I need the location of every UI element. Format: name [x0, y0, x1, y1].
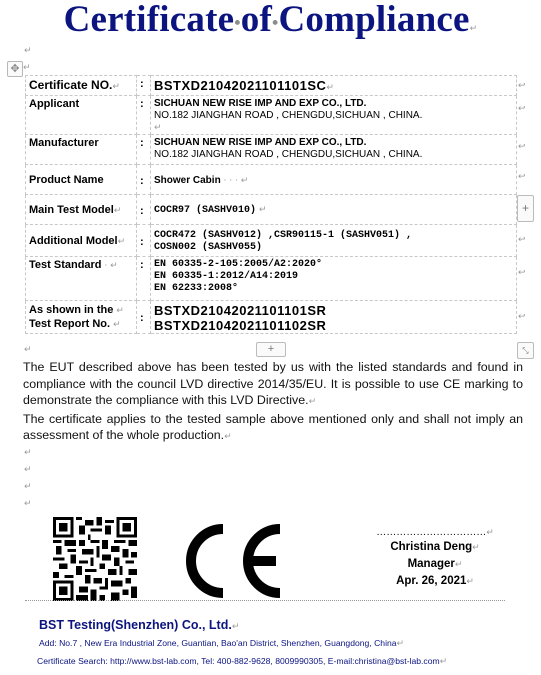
table-row: Test Standard · ↵ : EN 60335-2-105:2005/…: [26, 257, 517, 301]
table-row: As shown in the ↵Test Report No. ↵ : BST…: [26, 301, 517, 334]
compliance-statement: The EUT described above has been tested …: [23, 359, 523, 446]
signer-role: Manager↵: [355, 556, 515, 573]
table-row: Additional Model↵ : COCR472 (SASHV012) ,…: [26, 225, 517, 257]
cell-end-mark: ↩: [518, 80, 526, 91]
signature-line: ……………………………↵: [355, 527, 515, 539]
signer-name: Christina Deng↵: [355, 539, 515, 556]
label-certificate-no: Certificate NO.↵: [26, 76, 137, 96]
cell-end-mark: ↩: [518, 171, 526, 182]
add-row-button[interactable]: +: [256, 342, 286, 357]
signature-block: ……………………………↵ Christina Deng↵ Manager↵ Ap…: [355, 527, 515, 590]
label-test-standard: Test Standard · ↵: [26, 257, 137, 301]
value-applicant: SICHUAN NEW RISE IMP AND EXP CO., LTD.NO…: [151, 96, 517, 135]
label-test-report-no: As shown in the ↵Test Report No. ↵: [26, 301, 137, 334]
value-additional-model: COCR472 (SASHV012) ,CSR90115-1 (SASHV051…: [151, 225, 517, 257]
value-certificate-no: BSTXD21042021101101SC↵: [151, 76, 517, 96]
paragraph-mark: ↵: [24, 46, 32, 56]
document-title: Certificate•of•Compliance↵: [0, 0, 541, 49]
colon: :: [137, 165, 151, 195]
cell-end-mark: ↩: [518, 141, 526, 152]
value-main-test-model: COCR97 (SASHV010) ↵: [151, 195, 517, 225]
label-main-test-model: Main Test Model↵: [26, 195, 137, 225]
table-resize-handle-icon[interactable]: ⤡: [517, 342, 534, 359]
table-row: Certificate NO.↵ : BSTXD21042021101101SC…: [26, 76, 517, 96]
qr-code-icon: [53, 517, 137, 601]
cell-end-mark: ↩: [518, 103, 526, 114]
cell-end-mark: ↩: [518, 234, 526, 245]
company-address: Add: No.7 , New Era Industrial Zone, Gua…: [39, 638, 404, 649]
colon: :: [137, 301, 151, 334]
value-test-standard: EN 60335-2-105:2005/A2:2020°EN 60335-1:2…: [151, 257, 517, 301]
value-product-name: Shower Cabin · · · ↵: [151, 165, 517, 195]
colon: :: [137, 135, 151, 165]
colon: :: [137, 195, 151, 225]
company-name: BST Testing(Shenzhen) Co., Ltd.↵: [39, 618, 239, 632]
paragraph-mark: ↵: [24, 448, 32, 458]
label-additional-model: Additional Model↵: [26, 225, 137, 257]
paragraph-mark: ↵: [24, 482, 32, 492]
table-row: Product Name : Shower Cabin · · · ↵: [26, 165, 517, 195]
cell-end-mark: ↩: [518, 311, 526, 322]
table-row: Main Test Model↵ : COCR97 (SASHV010) ↵: [26, 195, 517, 225]
certificate-search-contact: Certificate Search: http://www.bst-lab.c…: [37, 656, 447, 667]
paragraph-mark: ↵: [24, 465, 32, 475]
colon: :: [137, 96, 151, 135]
footer-separator: [25, 600, 505, 601]
label-product-name: Product Name: [26, 165, 137, 195]
label-manufacturer: Manufacturer: [26, 135, 137, 165]
signature-date: Apr. 26, 2021↵: [355, 573, 515, 590]
colon: :: [137, 76, 151, 96]
label-applicant: Applicant: [26, 96, 137, 135]
add-column-button[interactable]: +: [517, 195, 534, 222]
value-test-report-no: BSTXD21042021101101SRBSTXD21042021101102…: [151, 301, 517, 334]
cell-end-mark: ↩: [518, 267, 526, 278]
paragraph-mark: ↵: [24, 345, 32, 355]
table-row: Applicant : SICHUAN NEW RISE IMP AND EXP…: [26, 96, 517, 135]
colon: :: [137, 225, 151, 257]
value-manufacturer: SICHUAN NEW RISE IMP AND EXP CO., LTD.NO…: [151, 135, 517, 165]
paragraph-mark: ↵: [24, 499, 32, 509]
table-move-handle-icon[interactable]: ✥: [7, 61, 23, 77]
paragraph-mark: ↵: [23, 63, 31, 73]
colon: :: [137, 257, 151, 301]
table-row: Manufacturer : SICHUAN NEW RISE IMP AND …: [26, 135, 517, 165]
ce-mark-icon: [183, 521, 283, 601]
certificate-details-table: Certificate NO.↵ : BSTXD21042021101101SC…: [25, 75, 517, 334]
